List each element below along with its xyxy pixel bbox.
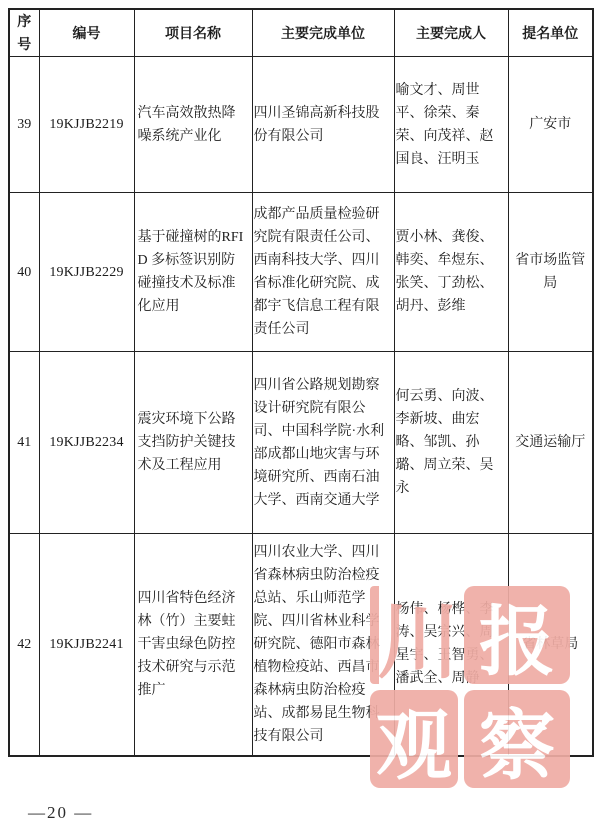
cell-nominating-unit: 广安市 [508, 57, 593, 193]
header-main-units: 主要完成单位 [252, 9, 394, 57]
table-row: 42 19KJJB2241 四川省特色经济林（竹）主要蛀干害虫绿色防控技术研究与… [9, 534, 593, 756]
header-code: 编号 [39, 9, 134, 57]
cell-main-people: 杨伟、杨桦、李涛、吴宗兴、周星宇、王智勇、潘武全、周静 [394, 534, 508, 756]
cell-nominating-unit: 交通运输厅 [508, 352, 593, 534]
cell-main-units: 四川农业大学、四川省森林病虫防治检疫总站、乐山师范学院、四川省林业科学研究院、德… [252, 534, 394, 756]
cell-main-units: 成都产品质量检验研究院有限责任公司、西南科技大学、四川省标准化研究院、成都宇飞信… [252, 193, 394, 352]
cell-code: 19KJJB2219 [39, 57, 134, 193]
cell-nominating-unit: 省林草局 [508, 534, 593, 756]
document-page: 序号 编号 项目名称 主要完成单位 主要完成人 提名单位 39 19KJJB22… [0, 0, 600, 829]
cell-code: 19KJJB2234 [39, 352, 134, 534]
cell-code: 19KJJB2241 [39, 534, 134, 756]
table-header: 序号 编号 项目名称 主要完成单位 主要完成人 提名单位 [9, 9, 593, 57]
cell-serial-number: 39 [9, 57, 39, 193]
cell-serial-number: 40 [9, 193, 39, 352]
table-row: 39 19KJJB2219 汽车高效散热降噪系统产业化 四川圣锦高新科技股份有限… [9, 57, 593, 193]
cell-project-name: 基于碰撞树的RFID 多标签识别防碰撞技术及标准化应用 [134, 193, 252, 352]
cell-serial-number: 41 [9, 352, 39, 534]
header-project-name: 项目名称 [134, 9, 252, 57]
cell-main-units: 四川圣锦高新科技股份有限公司 [252, 57, 394, 193]
table-row: 41 19KJJB2234 震灾环境下公路支挡防护关键技术及工程应用 四川省公路… [9, 352, 593, 534]
cell-main-people: 何云勇、向波、李新坡、曲宏略、邹凯、孙璐、周立荣、吴永 [394, 352, 508, 534]
cell-project-name: 四川省特色经济林（竹）主要蛀干害虫绿色防控技术研究与示范推广 [134, 534, 252, 756]
header-nominating-unit: 提名单位 [508, 9, 593, 57]
page-number: —20 — [28, 803, 93, 823]
table-body: 39 19KJJB2219 汽车高效散热降噪系统产业化 四川圣锦高新科技股份有限… [9, 57, 593, 756]
cell-main-units: 四川省公路规划勘察设计研究院有限公司、中国科学院·水利部成都山地灾害与环境研究所… [252, 352, 394, 534]
cell-main-people: 贾小林、龚俊、韩奕、牟煜东、张笑、丁劲松、胡丹、彭维 [394, 193, 508, 352]
cell-project-name: 震灾环境下公路支挡防护关键技术及工程应用 [134, 352, 252, 534]
cell-nominating-unit: 省市场监管局 [508, 193, 593, 352]
cell-project-name: 汽车高效散热降噪系统产业化 [134, 57, 252, 193]
award-table: 序号 编号 项目名称 主要完成单位 主要完成人 提名单位 39 19KJJB22… [8, 8, 594, 757]
table-row: 40 19KJJB2229 基于碰撞树的RFID 多标签识别防碰撞技术及标准化应… [9, 193, 593, 352]
header-main-people: 主要完成人 [394, 9, 508, 57]
header-row: 序号 编号 项目名称 主要完成单位 主要完成人 提名单位 [9, 9, 593, 57]
cell-serial-number: 42 [9, 534, 39, 756]
cell-code: 19KJJB2229 [39, 193, 134, 352]
header-serial-number: 序号 [9, 9, 39, 57]
cell-main-people: 喻文才、周世平、徐荣、秦荣、向茂祥、赵国良、汪明玉 [394, 57, 508, 193]
